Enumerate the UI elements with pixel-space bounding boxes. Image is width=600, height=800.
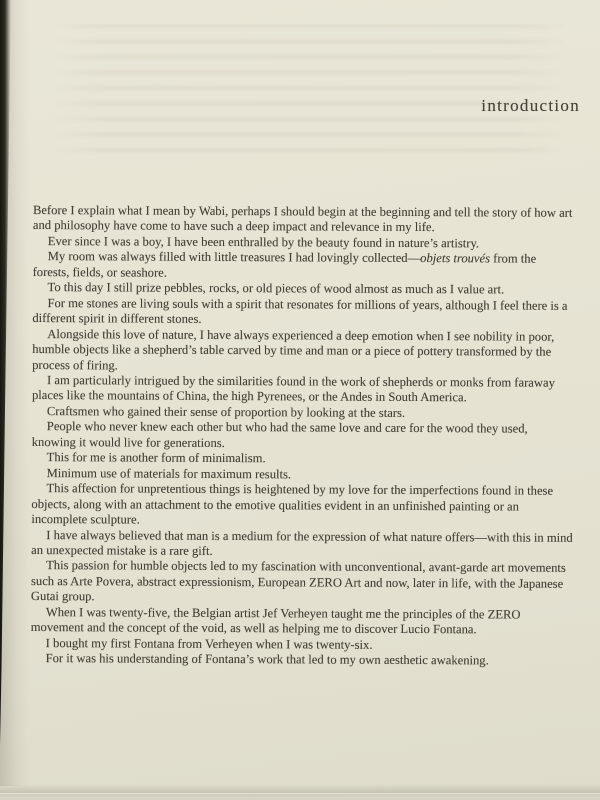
page-body-text: Before I explain what I mean by Wabi, pe… (31, 203, 575, 669)
paragraph: People who never knew each other but who… (32, 419, 574, 453)
paragraph: When I was twenty-five, the Belgian arti… (31, 605, 573, 639)
chapter-heading: introduction (481, 96, 580, 116)
paragraph: Alongside this love of nature, I have al… (32, 327, 574, 376)
page-surface: introduction Before I explain what I mea… (0, 0, 600, 800)
paragraph: My room was always filled with little tr… (33, 249, 575, 283)
paragraph: I have always believed that man is a med… (31, 528, 573, 562)
book-page-photo: introduction Before I explain what I mea… (0, 0, 600, 800)
paragraph: Before I explain what I mean by Wabi, pe… (33, 203, 575, 237)
paragraph: For me stones are living souls with a sp… (32, 296, 574, 330)
paragraph-text: My room was always filled with little tr… (48, 249, 421, 265)
bottom-page-edge (0, 784, 600, 800)
paragraph: I am particularly intrigued by the simil… (32, 373, 574, 407)
paragraph: This affection for unpretentious things … (31, 481, 573, 530)
reverse-side-bleed-through (52, 24, 566, 156)
italic-phrase: objets trouvés (420, 251, 490, 265)
paragraph: This passion for humble objects led to m… (31, 558, 573, 607)
paragraph: For it was his understanding of Fontana’… (31, 651, 573, 669)
